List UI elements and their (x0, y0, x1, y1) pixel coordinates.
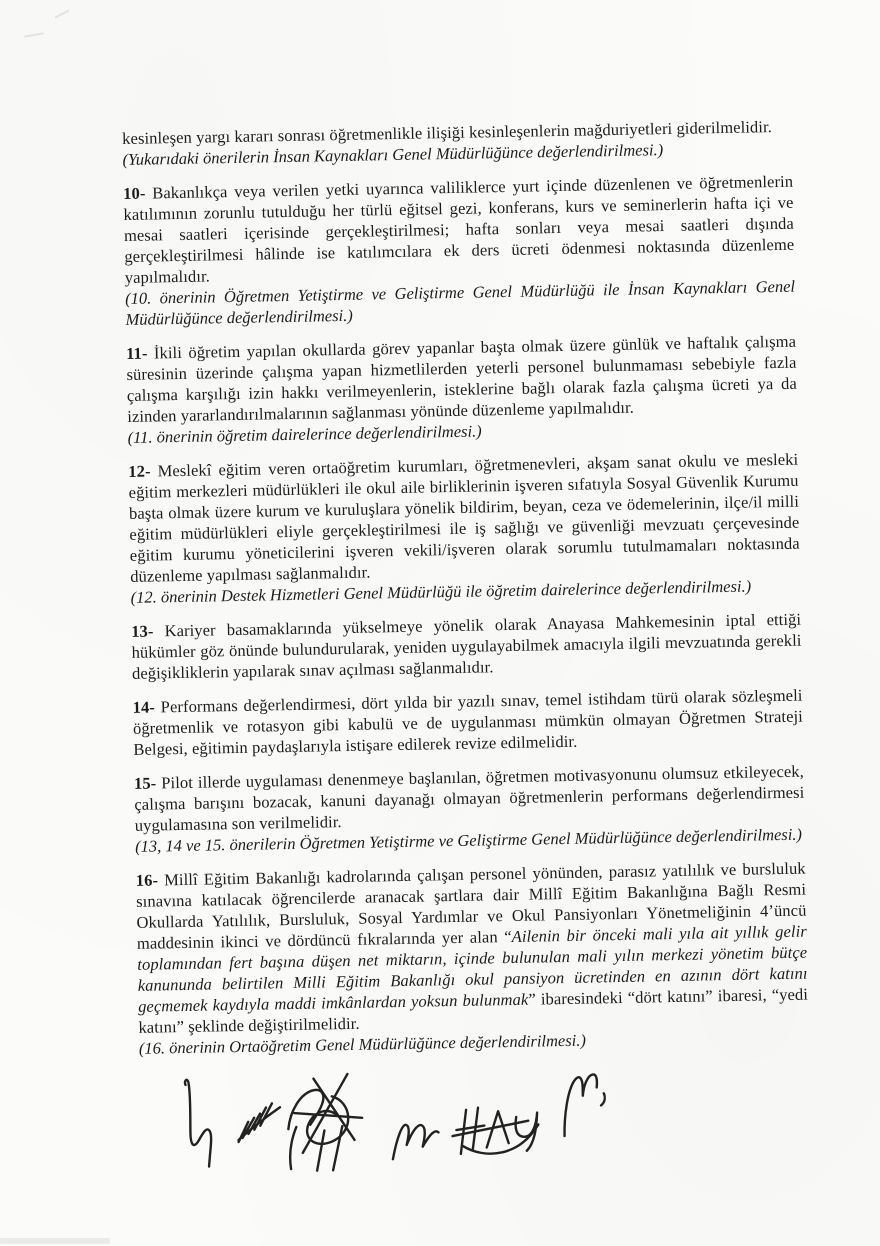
signature-scribble-2 (238, 1103, 281, 1142)
recommendation-item: 13- Kariyer basamaklarında yükselmeye yö… (131, 609, 802, 684)
signature-scribble-5 (452, 1107, 539, 1155)
item-number: 13- (131, 622, 154, 641)
paragraph-body: 16- Millî Eğitim Bakanlığı kadrolarında … (136, 858, 809, 1038)
paragraph-text: Meslekî eğitim veren ortaöğretim kurumla… (129, 450, 800, 586)
scan-artifact (54, 9, 69, 18)
recommendation-item: 11- İkili öğretim yapılan okullarda göre… (126, 331, 798, 448)
paragraph-text: Kariyer basamaklarında yükselmeye yöneli… (131, 610, 801, 683)
item-number: 12- (128, 462, 151, 481)
recommendation-item: 16- Millî Eğitim Bakanlığı kadrolarında … (136, 858, 809, 1059)
item-number: 11- (126, 344, 148, 363)
paragraph-body: 11- İkili öğretim yapılan okullarda göre… (126, 331, 797, 427)
scan-artifact (0, 1238, 110, 1244)
paragraph-text: İkili öğretim yapılan okullarda görev ya… (126, 332, 797, 426)
signature-scribble-3 (287, 1074, 363, 1171)
paragraph-text: Bakanlıkça veya verilen yetki uyarınca v… (123, 172, 794, 287)
paragraph-text: Pilot illerde uygulaması denenmeye başla… (134, 762, 804, 835)
item-number: 15- (134, 773, 157, 792)
signature-scribble-4 (392, 1124, 439, 1159)
signatures-block (175, 1060, 811, 1182)
recommendation-item: 15- Pilot illerde uygulaması denenmeye b… (134, 761, 805, 857)
paragraph-body: 14- Performans değerlendirmesi, dört yıl… (132, 685, 803, 760)
paragraph-body: 13- Kariyer basamaklarında yükselmeye yö… (131, 609, 802, 684)
paragraph-text: Performans değerlendirmesi, dört yılda b… (133, 686, 803, 759)
item-number: 14- (132, 697, 155, 716)
signature-scribble-6 (563, 1074, 605, 1136)
scan-artifact (24, 32, 44, 37)
scanned-document-page: kesinleşen yargı kararı sonrası öğretmen… (0, 0, 880, 1246)
paragraph-body: 12- Meslekî eğitim veren ortaöğretim kur… (128, 449, 800, 587)
item-number: 10- (123, 184, 146, 203)
document-content: kesinleşen yargı kararı sonrası öğretmen… (122, 116, 811, 1182)
signature-scribble-1 (185, 1079, 212, 1167)
recommendation-item: 14- Performans değerlendirmesi, dört yıl… (132, 685, 803, 760)
recommendation-item: 10- Bakanlıkça veya verilen yetki uyarın… (123, 171, 796, 330)
recommendation-item: 12- Meslekî eğitim veren ortaöğretim kur… (128, 449, 801, 608)
handwritten-signatures (175, 1063, 607, 1181)
paragraph-body: 10- Bakanlıkça veya verilen yetki uyarın… (123, 171, 795, 288)
item-number: 16- (136, 870, 159, 889)
recommendation-item: kesinleşen yargı kararı sonrası öğretmen… (122, 116, 793, 170)
document-paragraphs: kesinleşen yargı kararı sonrası öğretmen… (122, 116, 809, 1059)
